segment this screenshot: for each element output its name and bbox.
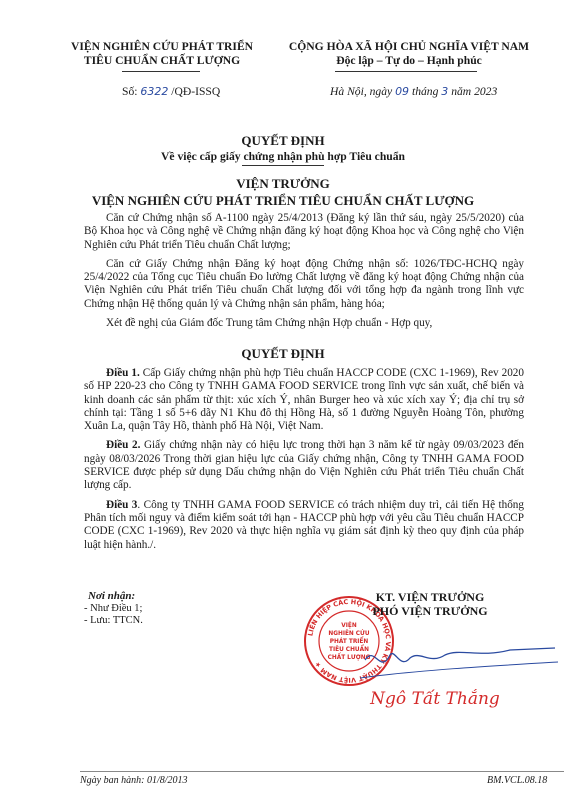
issuing-organization: VIỆN NGHIÊN CỨU PHÁT TRIỂN TIÊU CHUẨN CH… — [62, 40, 262, 68]
decision-heading: QUYẾT ĐỊNH — [0, 346, 566, 362]
handwritten-month: 3 — [441, 85, 448, 98]
org-name-line2: TIÊU CHUẨN CHẤT LƯỢNG — [62, 54, 262, 68]
recipients: Nơi nhận: - Như Điều 1; - Lưu: TTCN. — [84, 590, 143, 628]
articles: Điều 1. Cấp Giấy chứng nhận phù hợp Tiêu… — [84, 367, 524, 558]
preamble: Căn cứ Chứng nhận số A-1100 ngày 25/4/20… — [84, 212, 524, 336]
handwritten-day: 09 — [395, 85, 409, 98]
preamble-paragraph: Căn cứ Giấy Chứng nhận Đăng ký hoạt động… — [84, 258, 524, 311]
authority-title: VIỆN TRƯỞNG — [0, 176, 566, 192]
document-date: Hà Nội, ngày 09 tháng 3 năm 2023 — [330, 85, 497, 98]
divider — [335, 71, 477, 72]
signer-name: Ngô Tất Thắng — [350, 689, 520, 709]
org-name-line1: VIỆN NGHIÊN CỨU PHÁT TRIỂN — [62, 40, 262, 54]
form-code: BM.VCL.08.18 — [487, 775, 547, 786]
handwritten-number: 6322 — [140, 85, 168, 98]
article-2: Điều 2. Giấy chứng nhận này có hiệu lực … — [84, 439, 524, 492]
article-3: Điều 3. Công ty TNHH GAMA FOOD SERVICE c… — [84, 499, 524, 552]
national-header: CỘNG HÒA XÃ HỘI CHỦ NGHĨA VIỆT NAM Độc l… — [278, 40, 540, 68]
signature-position: PHÓ VIỆN TRƯỞNG — [355, 604, 505, 618]
signature-title: KT. VIỆN TRƯỞNG — [355, 590, 505, 604]
svg-text:NGHIÊN CỨU: NGHIÊN CỨU — [328, 629, 370, 637]
national-motto: Độc lập – Tự do – Hạnh phúc — [278, 54, 540, 68]
handwritten-signature-icon — [360, 640, 560, 680]
nation-name: CỘNG HÒA XÃ HỘI CHỦ NGHĨA VIỆT NAM — [278, 40, 540, 54]
decision-title: QUYẾT ĐỊNH — [0, 133, 566, 149]
svg-text:VIỆN: VIỆN — [341, 621, 357, 629]
article-1: Điều 1. Cấp Giấy chứng nhận phù hợp Tiêu… — [84, 367, 524, 433]
preamble-paragraph: Xét đề nghị của Giám đốc Trung tâm Chứng… — [84, 317, 524, 330]
divider — [122, 71, 200, 72]
preamble-paragraph: Căn cứ Chứng nhận số A-1100 ngày 25/4/20… — [84, 212, 524, 252]
issue-date: Ngày ban hành: 01/8/2013 — [80, 775, 188, 786]
footer-divider — [80, 771, 564, 772]
document-number: Số: 6322 /QĐ-ISSQ — [122, 85, 220, 98]
authority-organization: VIỆN NGHIÊN CỨU PHÁT TRIỂN TIÊU CHUẨN CH… — [0, 193, 566, 209]
recipient-item: - Như Điều 1; — [84, 603, 143, 616]
signature-block: KT. VIỆN TRƯỞNG PHÓ VIỆN TRƯỞNG — [355, 590, 505, 618]
recipient-item: - Lưu: TTCN. — [84, 615, 143, 628]
recipients-label: Nơi nhận: — [84, 590, 143, 603]
decision-subject: Về việc cấp giấy chứng nhận phù hợp Tiêu… — [0, 150, 566, 163]
divider — [242, 165, 324, 166]
